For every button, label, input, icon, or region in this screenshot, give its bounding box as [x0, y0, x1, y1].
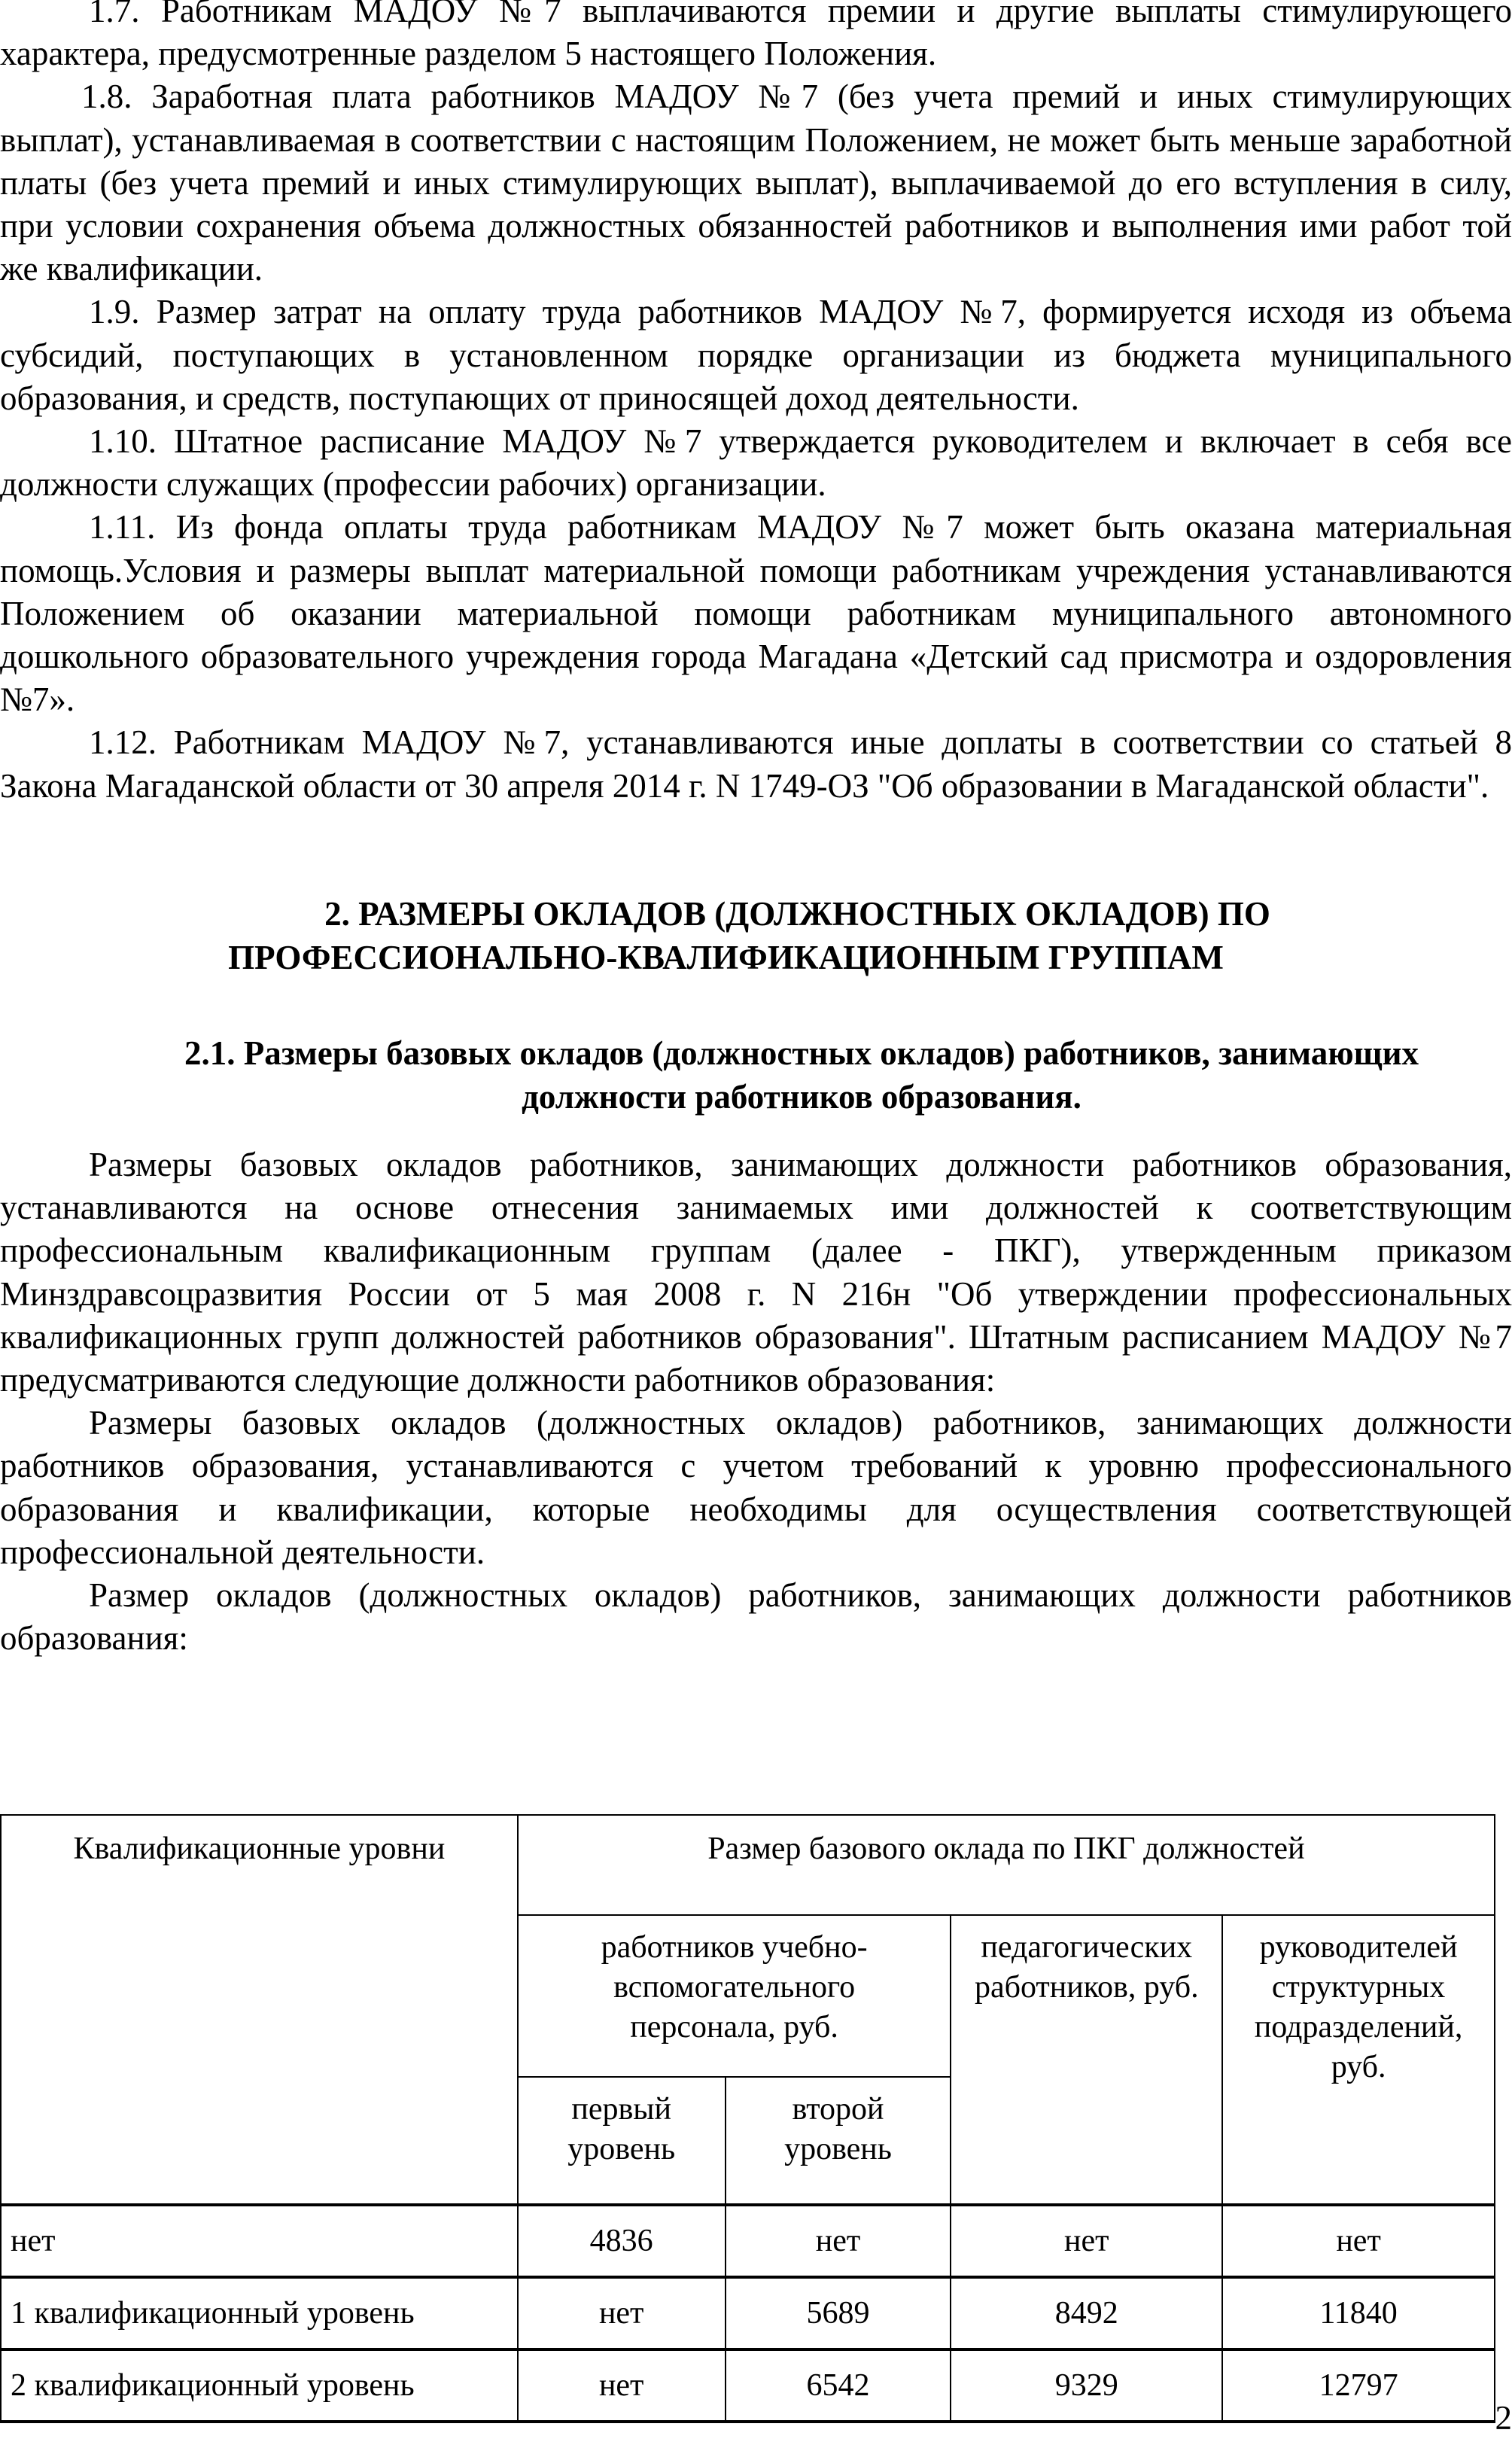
table-row: нет 4836 нет нет нет [1, 2205, 1495, 2277]
subsection-heading-line-2: должности работников образования. [105, 1075, 1498, 1119]
cell-first: 4836 [518, 2205, 726, 2277]
section-heading: 2. РАЗМЕРЫ ОКЛАДОВ (ДОЛЖНОСТНЫХ ОКЛАДОВ)… [0, 893, 1512, 979]
section-heading-line-2: ПРОФЕССИОНАЛЬНО-КВАЛИФИКАЦИОННЫМ ГРУППАМ [0, 936, 1512, 980]
paragraph-1-12: 1.12. Работникам МАДОУ №7, устанавливают… [0, 721, 1512, 807]
cell-second: 6542 [726, 2349, 951, 2422]
header-qualification-levels: Квалификационные уровни [1, 1815, 518, 2205]
cell-second: нет [726, 2205, 951, 2277]
cell-teachers: 9329 [951, 2349, 1222, 2422]
paragraph-1-9: 1.9. Размер затрат на оплату труда работ… [0, 291, 1512, 420]
table-row: 1 квалификационный уровень нет 5689 8492… [1, 2277, 1495, 2349]
paragraph-1-10: 1.10. Штатное расписание МАДОУ №7 утверж… [0, 420, 1512, 506]
header-support-staff: работников учебно-вспомогательного персо… [518, 1915, 951, 2077]
paragraph-1-11: 1.11. Из фонда оплаты труда работникам М… [0, 506, 1512, 721]
cell-second: 5689 [726, 2277, 951, 2349]
cell-level: 2 квалификационный уровень [1, 2349, 518, 2422]
cell-first: нет [518, 2349, 726, 2422]
body-paragraphs: Размеры базовых окладов работников, зани… [0, 1143, 1512, 1660]
section-heading-line-1: 2. РАЗМЕРЫ ОКЛАДОВ (ДОЛЖНОСТНЫХ ОКЛАДОВ)… [0, 893, 1512, 936]
body-paragraph-1: Размеры базовых окладов работников, зани… [0, 1143, 1512, 1402]
cell-teachers: нет [951, 2205, 1222, 2277]
cell-heads: нет [1222, 2205, 1495, 2277]
header-teachers: педагогических работников, руб. [951, 1915, 1222, 2205]
subsection-heading: 2.1. Размеры базовых окладов (должностны… [105, 1031, 1498, 1119]
cell-level: 1 квалификационный уровень [1, 2277, 518, 2349]
body-paragraph-3: Размер окладов (должностных окладов) раб… [0, 1574, 1512, 1660]
document-page: 1.7. Работникам МАДОУ №7 выплачиваются п… [0, 0, 1512, 808]
header-second-level: второй уровень [726, 2077, 951, 2205]
cell-level: нет [1, 2205, 518, 2277]
body-paragraph-2: Размеры базовых окладов (должностных окл… [0, 1402, 1512, 1574]
header-base-salary: Размер базового оклада по ПКГ должностей [518, 1815, 1495, 1915]
table-row: 2 квалификационный уровень нет 6542 9329… [1, 2349, 1495, 2422]
paragraph-1-8: 1.8. Заработная плата работников МАДОУ №… [0, 75, 1512, 291]
page-number: 2 [1495, 2398, 1512, 2437]
header-first-level: первый уровень [518, 2077, 726, 2205]
cell-heads: 11840 [1222, 2277, 1495, 2349]
subsection-heading-line-1: 2.1. Размеры базовых окладов (должностны… [105, 1031, 1498, 1075]
cell-teachers: 8492 [951, 2277, 1222, 2349]
cell-first: нет [518, 2277, 726, 2349]
top-paragraphs: 1.7. Работникам МАДОУ №7 выплачиваются п… [0, 0, 1512, 808]
paragraph-1-7: 1.7. Работникам МАДОУ №7 выплачиваются п… [0, 0, 1512, 75]
salary-table: Квалификационные уровни Размер базового … [0, 1814, 1495, 2423]
cell-heads: 12797 [1222, 2349, 1495, 2422]
header-heads: руководителей структурных подразделений,… [1222, 1915, 1495, 2205]
